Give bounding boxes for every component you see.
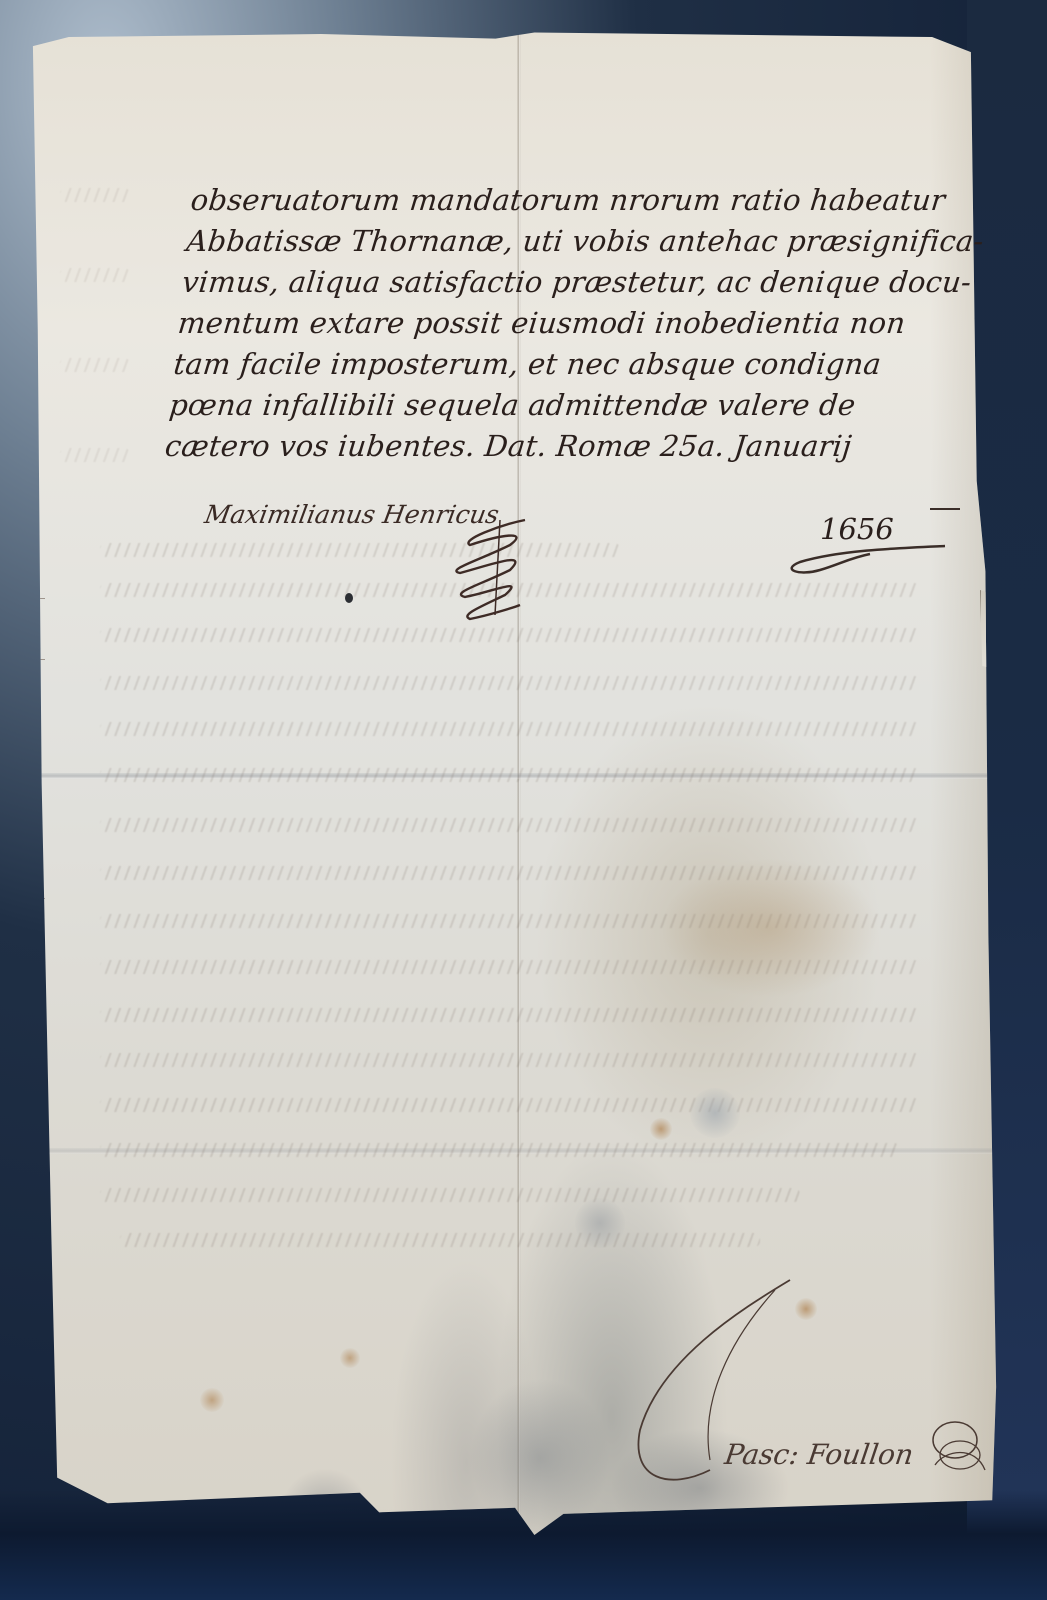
text-line: Abbatissæ Thornanæ, uti vobis antehac pr… [184,221,968,262]
bleed-through-line [60,358,130,372]
signature-flourish [600,1270,1020,1510]
spot-stain [650,1118,672,1140]
bleed-through-line [100,1143,900,1157]
margin-bracket [38,898,45,1000]
signature-paraph [440,515,540,625]
text-line: obseruatorum mandatorum nrorum ratio hab… [189,180,973,221]
margin-bracket [38,598,45,660]
bleed-through-line [60,188,130,202]
bleed-through-line [100,1008,920,1022]
text-line: vimus, aliqua satisfactio præstetur, ac … [180,262,964,303]
margin-bracket [38,1298,45,1390]
ink-blot [345,593,353,603]
bleed-through-line [100,722,920,736]
underline-flourish [780,540,950,580]
spot-stain [340,1348,360,1368]
text-line: cætero vos iubentes. Dat. Romæ 25a. Janu… [163,426,947,467]
bleed-through-line [60,448,130,462]
bleed-through-line [100,676,920,690]
water-stain [690,1088,740,1138]
text-line: mentum extare possit eiusmodi inobedient… [176,303,960,344]
bleed-through-line [60,268,130,282]
text-line: tam facile imposterum, et nec absque con… [172,344,956,385]
water-stain [575,1198,625,1248]
water-stain [660,858,880,998]
bleed-through-line [100,1098,920,1112]
letter-body: obseruatorum mandatorum nrorum ratio hab… [163,180,973,467]
bleed-through-line [100,768,920,782]
bleed-through-line [100,1188,800,1202]
bleed-through-line [100,1053,920,1067]
bleed-through-line [120,1233,760,1247]
bleed-through-line [100,628,920,642]
spot-stain [200,1388,224,1412]
line-end-dash [930,508,960,510]
bleed-through-line [100,818,920,832]
bleed-through-line [100,543,620,557]
text-line: pœna infallibili sequela admittendæ vale… [167,385,951,426]
